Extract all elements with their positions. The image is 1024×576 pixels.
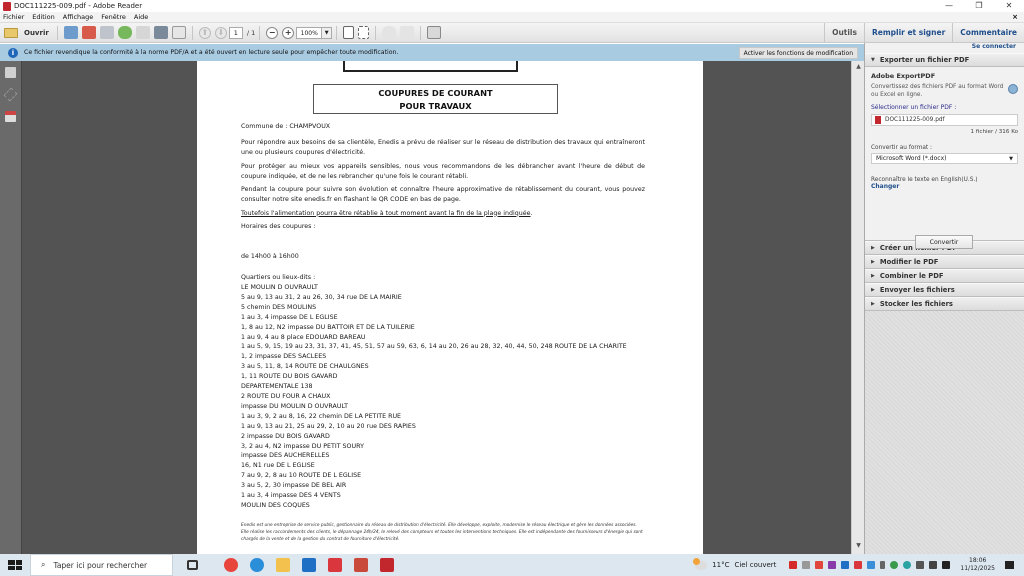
convert-format-label: Convertir au format : — [871, 145, 1018, 151]
area-item: 5 au 9, 13 au 31, 2 au 26, 30, 34 rue DE… — [241, 293, 645, 303]
chrome-icon[interactable] — [224, 558, 238, 572]
section-combine-pdf[interactable]: ▶Combiner le PDF — [865, 269, 1024, 283]
app-icon[interactable] — [354, 558, 368, 572]
area-item: 3 au 5, 2, 30 impasse DE BEL AIR — [241, 481, 645, 491]
export-description: Convertissez des fichiers PDF au format … — [871, 83, 1006, 99]
tray-icons — [786, 561, 952, 569]
edit-icon — [100, 26, 114, 39]
highlight-icon — [400, 26, 414, 39]
print-button[interactable] — [154, 25, 168, 41]
upload-button[interactable] — [118, 25, 132, 41]
format-select[interactable]: Microsoft Word (*.docx) ▼ — [871, 153, 1018, 164]
clock[interactable]: 18:06 11/12/2025 — [960, 557, 995, 573]
commune: Commune de : CHAMPVOUX — [241, 122, 645, 132]
windows-start-icon[interactable] — [8, 560, 22, 570]
mail-icon — [172, 26, 186, 39]
comment-button — [382, 25, 396, 41]
document-body: Commune de : CHAMPVOUX Pour répondre aux… — [241, 122, 645, 511]
separator — [259, 26, 260, 40]
period: . — [531, 210, 533, 217]
close-button[interactable]: ✕ — [994, 0, 1024, 12]
system-tray: 11°C Ciel couvert 18:06 11/12/2025 — [695, 554, 1024, 576]
section-send-files[interactable]: ▶Envoyer les fichiers — [865, 283, 1024, 297]
acrobat-icon[interactable] — [380, 558, 394, 572]
area-item: 1, 2 impasse DES SACLEES — [241, 352, 645, 362]
edit-button[interactable] — [100, 25, 114, 41]
create-pdf-button[interactable] — [64, 25, 78, 41]
combine-icon — [82, 26, 96, 39]
info-icon: i — [8, 48, 18, 58]
tray-app-icon[interactable] — [789, 561, 797, 569]
area-item: 7 au 9, 2, 8 au 10 ROUTE DE L EGLISE — [241, 471, 645, 481]
attachment-icon[interactable] — [3, 87, 17, 101]
minimize-button[interactable]: — — [934, 0, 964, 12]
cloud-upload-icon — [118, 26, 132, 39]
file-count: 1 fichier / 316 Ko — [871, 129, 1018, 135]
window-title: DOC111225-009.pdf - Adobe Reader — [14, 2, 142, 10]
file-explorer-icon[interactable] — [276, 558, 290, 572]
separator — [192, 26, 193, 40]
fullscreen-button[interactable] — [427, 25, 441, 41]
enable-editing-button[interactable]: Activer les fonctions de modification — [739, 47, 858, 59]
pdf-file-icon — [875, 116, 881, 124]
area-item: impasse DES AUCHERELLES — [241, 451, 645, 461]
format-value: Microsoft Word (*.docx) — [876, 155, 946, 162]
tray-app-icon[interactable] — [854, 561, 862, 569]
tab-commentaire[interactable]: Commentaire — [952, 23, 1024, 43]
search-icon: ⌕ — [41, 560, 45, 570]
outlook-tray-icon[interactable] — [841, 561, 849, 569]
expand-icon — [427, 26, 441, 39]
highlight-button — [400, 25, 414, 41]
menu-bar: Fichier Edition Affichage Fenêtre Aide × — [0, 12, 1024, 23]
folder-icon — [4, 28, 18, 38]
header-box — [343, 61, 518, 72]
tray-app-icon[interactable] — [903, 561, 911, 569]
section-label: Combiner le PDF — [880, 272, 944, 280]
area-item: LE MOULIN D OUVRAULT — [241, 283, 645, 293]
section-edit-pdf[interactable]: ▶Modifier le PDF — [865, 255, 1024, 269]
menu-fichier[interactable]: Fichier — [3, 13, 24, 21]
zoom-in-button[interactable]: + — [282, 25, 294, 41]
arrow-up-icon: ⬆ — [199, 27, 211, 39]
speech-bubble-icon — [382, 26, 396, 39]
area-item: 1 au 3, 4 impasse DE L EGLISE — [241, 313, 645, 323]
signatures-icon[interactable] — [5, 111, 16, 122]
separator — [375, 26, 376, 40]
tab-remplir-signer[interactable]: Remplir et signer — [864, 23, 952, 43]
triangle-right-icon: ▶ — [871, 301, 875, 307]
convert-button[interactable]: Convertir — [915, 235, 973, 249]
document-viewer[interactable]: COUPURES DE COURANT POUR TRAVAUX Commune… — [22, 61, 851, 554]
page-number-input[interactable]: 1 — [229, 27, 243, 39]
zoom-out-button[interactable]: − — [266, 25, 278, 41]
notification-icon[interactable] — [1005, 561, 1014, 569]
onedrive-icon[interactable] — [867, 561, 875, 569]
section-export-pdf[interactable]: ▼ Exporter un fichier PDF — [865, 53, 1024, 67]
menu-fenetre[interactable]: Fenêtre — [101, 13, 126, 21]
open-button[interactable]: Ouvrir — [0, 28, 53, 38]
outlook-icon[interactable] — [302, 558, 316, 572]
search-placeholder: Taper ici pour rechercher — [53, 561, 147, 570]
open-label: Ouvrir — [24, 29, 49, 37]
schedule-time: de 14h00 à 16h00 — [241, 252, 645, 262]
sign-in-link[interactable]: Se connecter — [865, 43, 1024, 53]
section-label: Envoyer les fichiers — [880, 286, 955, 294]
zoom-select[interactable]: 100% ▼ — [296, 27, 332, 39]
taskbar-search[interactable]: ⌕ Taper ici pour rechercher — [30, 554, 173, 576]
app-icon[interactable] — [328, 558, 342, 572]
tools-panel: Se connecter ▼ Exporter un fichier PDF A… — [864, 43, 1024, 554]
pinned-apps — [218, 558, 400, 572]
spacer — [241, 265, 645, 273]
area-item: 1 au 9, 4 au 8 place EDOUARD BAREAU — [241, 333, 645, 343]
plus-icon: + — [282, 27, 294, 39]
clock-date: 11/12/2025 — [960, 565, 995, 573]
navigation-rail — [0, 61, 22, 554]
area-item: DEPARTEMENTALE 138 — [241, 382, 645, 392]
area-item: 1 au 9, 13 au 21, 25 au 29, 2, 10 au 20 … — [241, 422, 645, 432]
cloud-icon — [695, 561, 707, 570]
section-store-files[interactable]: ▶Stocker les fichiers — [865, 297, 1024, 311]
pdfa-info-bar: i Ce fichier revendique la conformité à … — [0, 44, 864, 61]
area-item: 5 chemin DES MOULINS — [241, 303, 645, 313]
minus-icon: − — [266, 27, 278, 39]
paragraph-4: Toutefois l'alimentation pourra être rét… — [241, 209, 645, 219]
separator — [420, 26, 421, 40]
title-line-2: POUR TRAVAUX — [314, 100, 557, 113]
triangle-down-icon: ▼ — [871, 57, 875, 63]
document-title: COUPURES DE COURANT POUR TRAVAUX — [313, 84, 558, 114]
area-item: 3, 2 au 4, N2 impasse DU PETIT SOURY — [241, 442, 645, 452]
tray-app-icon[interactable] — [802, 561, 810, 569]
prev-page-button[interactable]: ⬆ — [199, 25, 211, 41]
zoom-value: 100% — [297, 28, 321, 38]
title-line-1: COUPURES DE COURANT — [314, 87, 557, 100]
chevron-down-icon: ▼ — [1009, 154, 1013, 164]
section-label: Exporter un fichier PDF — [880, 56, 969, 64]
restore-button[interactable]: ❐ — [964, 0, 994, 12]
select-file-label: Sélectionner un fichier PDF : — [871, 104, 1018, 111]
print-icon — [154, 26, 168, 39]
triangle-right-icon: ▶ — [871, 273, 875, 279]
arrow-down-icon: ⬇ — [215, 27, 227, 39]
triangle-right-icon: ▶ — [871, 259, 875, 265]
tray-app-icon[interactable] — [815, 561, 823, 569]
volume-icon[interactable] — [929, 561, 937, 569]
export-pdf-body: Adobe ExportPDF Convertissez des fichier… — [865, 67, 1024, 241]
paragraph-2: Pour protéger au mieux vos appareils sen… — [241, 162, 645, 182]
title-bar: DOC111225-009.pdf - Adobe Reader — ❐ ✕ — [0, 0, 1024, 12]
windows-taskbar: ⌕ Taper ici pour rechercher 11°C Ciel co… — [0, 554, 1024, 576]
area-item: 3 au 5, 11, 8, 14 ROUTE DE CHAULGNES — [241, 362, 645, 372]
areas-label: Quartiers ou lieux-dits : — [241, 273, 645, 283]
export-heading: Adobe ExportPDF — [871, 72, 1018, 80]
tray-app-icon[interactable] — [890, 561, 898, 569]
menu-affichage[interactable]: Affichage — [63, 13, 94, 21]
area-item: 1 au 3, 9, 2 au 8, 16, 22 chemin DE LA P… — [241, 412, 645, 422]
weather-temp: 11°C — [712, 561, 729, 569]
adobe-reader-icon — [3, 2, 11, 11]
triangle-right-icon: ▶ — [871, 287, 875, 293]
area-item: 2 ROUTE DU FOUR A CHAUX — [241, 392, 645, 402]
close-document-icon[interactable]: × — [1012, 13, 1018, 21]
separator — [57, 26, 58, 40]
spacer — [241, 236, 645, 252]
menu-aide[interactable]: Aide — [134, 13, 148, 21]
area-item: 1 au 3, 4 impasse DES 4 VENTS — [241, 491, 645, 501]
menu-edition[interactable]: Edition — [32, 13, 55, 21]
task-tabs: Outils Remplir et signer Commentaire — [824, 23, 1024, 43]
schedule-label: Horaires des coupures : — [241, 222, 645, 232]
tray-app-icon[interactable] — [942, 561, 950, 569]
fit-width-button[interactable] — [358, 25, 369, 41]
section-label: Modifier le PDF — [880, 258, 939, 266]
task-view-icon[interactable] — [187, 560, 198, 570]
combine-button[interactable] — [82, 25, 96, 41]
network-icon[interactable] — [916, 561, 924, 569]
window-controls: — ❐ ✕ — [934, 0, 1024, 12]
weather-widget[interactable]: 11°C Ciel couvert — [695, 561, 776, 570]
change-language-link[interactable]: Changer — [871, 183, 1018, 190]
clock-time: 18:06 — [960, 557, 995, 565]
section-label: Stocker les fichiers — [880, 300, 953, 308]
area-item: MOULIN DES COQUES — [241, 501, 645, 511]
save-icon — [136, 26, 150, 39]
fit-width-icon — [358, 26, 369, 39]
edge-icon[interactable] — [250, 558, 264, 572]
pdf-page: COUPURES DE COURANT POUR TRAVAUX Commune… — [197, 61, 703, 554]
page-total: / 1 — [247, 29, 255, 37]
selected-file-name: DOC111225-009.pdf — [885, 117, 945, 123]
tab-outils[interactable]: Outils — [824, 23, 864, 43]
chevron-down-icon: ▼ — [321, 28, 331, 38]
area-item: 1 au 5, 9, 15, 19 au 23, 31, 37, 41, 45,… — [241, 342, 645, 352]
vertical-scrollbar[interactable]: ▲ ▼ — [851, 61, 864, 554]
create-pdf-icon — [64, 26, 78, 39]
email-button[interactable] — [172, 25, 186, 41]
save-button[interactable] — [136, 25, 150, 41]
area-item: 2 impasse DU BOIS GAVARD — [241, 432, 645, 442]
selected-file-field[interactable]: DOC111225-009.pdf — [871, 114, 1018, 126]
fit-page-icon — [343, 26, 354, 39]
triangle-right-icon: ▶ — [871, 245, 875, 251]
export-pdf-service-icon — [1008, 84, 1018, 94]
info-message: Ce fichier revendique la conformité à la… — [24, 49, 398, 56]
next-page-button[interactable]: ⬇ — [215, 25, 227, 41]
separator — [336, 26, 337, 40]
weather-desc: Ciel couvert — [734, 561, 776, 569]
enedis-footer: Enedis est une entreprise de service pub… — [241, 522, 645, 543]
area-item: 1, 11 ROUTE DU BOIS GAVARD — [241, 372, 645, 382]
fit-page-button[interactable] — [343, 25, 354, 41]
area-item: 1, 8 au 12, N2 impasse DU BATTOIR ET DE … — [241, 323, 645, 333]
pages-thumbnail-icon[interactable] — [5, 67, 16, 78]
usb-icon[interactable] — [880, 561, 885, 569]
area-item: 16, N1 rue DE L EGLISE — [241, 461, 645, 471]
areas-list: LE MOULIN D OUVRAULT5 au 9, 13 au 31, 2 … — [241, 283, 645, 511]
paragraph-3: Pendant la coupure pour suivre son évolu… — [241, 185, 645, 205]
tray-app-icon[interactable] — [828, 561, 836, 569]
underlined-notice: Toutefois l'alimentation pourra être rét… — [241, 210, 531, 217]
area-item: impasse DU MOULIN D OUVRAULT — [241, 402, 645, 412]
paragraph-1: Pour répondre aux besoins de sa clientèl… — [241, 138, 645, 158]
